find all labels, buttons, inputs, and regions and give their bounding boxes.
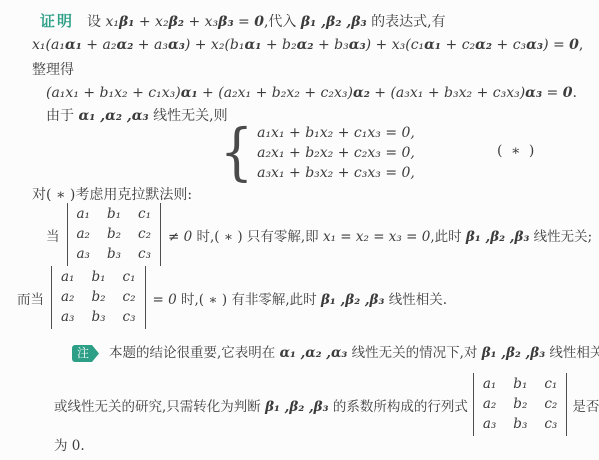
det-cell: a₃ (77, 246, 90, 263)
system-equation-2: a₂x₁ + b₂x₂ + c₂x₃ = 0, (257, 143, 415, 163)
proof-line-1-text: 设 x₁β₁ + x₂β₂ + x₃β₃ = 0,代入 β₁ ,β₂ ,β₃ 的… (87, 14, 446, 30)
det-cell: b₂ (91, 289, 105, 306)
det-cell: c₃ (138, 246, 151, 263)
determinant-2: a₁ b₁ c₁ a₂ b₂ c₂ a₃ b₃ c₃ (51, 266, 146, 329)
det-cell: b₃ (513, 416, 527, 433)
det-cell: c₁ (138, 206, 151, 223)
det-cell: c₃ (123, 309, 136, 326)
system-brace: { (220, 119, 253, 186)
det-cell: a₂ (77, 226, 90, 243)
case-nonzero-row: 当 a₁ b₁ c₁ a₂ b₂ c₂ a₃ b₃ c₃ ≠ 0 时,( ∗ )… (46, 203, 592, 266)
system-equation-3: a₃x₁ + b₃x₂ + c₃x₃ = 0, (257, 163, 415, 183)
note-badge: 注 (72, 345, 99, 362)
system-star-label: ( ∗ ) (497, 141, 536, 161)
case-zero-row: 而当 a₁ b₁ c₁ a₂ b₂ c₂ a₃ b₃ c₃ = 0 时,( ∗ … (17, 266, 447, 329)
det-cell: c₂ (138, 226, 151, 243)
case-nonzero-conclusion: ≠ 0 时,( ∗ ) 只有零解,即 x₁ = x₂ = x₃ = 0,此时 β… (168, 225, 592, 245)
det-cell: c₁ (123, 269, 136, 286)
note-line-2-post: 是否 (572, 395, 599, 415)
proof-line-1: 证明设 x₁β₁ + x₂β₂ + x₃β₃ = 0,代入 β₁ ,β₂ ,β₃… (40, 11, 446, 32)
det-cell: c₂ (123, 289, 136, 306)
det-cell: b₃ (107, 246, 121, 263)
det-cell: a₁ (483, 376, 496, 393)
case-nonzero-prefix: 当 (46, 225, 60, 245)
system-equations: a₁x₁ + b₁x₂ + c₁x₃ = 0, a₂x₁ + b₂x₂ + c₂… (257, 123, 415, 183)
proof-badge: 证明 (40, 12, 74, 30)
cramer-rule-line: 对( ∗ )考虑用克拉默法则: (32, 185, 192, 205)
proof-line-3: 整理得 (32, 60, 74, 80)
system-equation-1: a₁x₁ + b₁x₂ + c₁x₃ = 0, (257, 123, 415, 143)
note-line-1: 注本题的结论很重要,它表明在 α₁ ,α₂ ,α₃ 线性无关的情况下,对 β₁ … (72, 343, 599, 363)
det-cell: c₁ (544, 376, 557, 393)
note-line-2: 或线性无关的研究,只需转化为判断 β₁ ,β₂ ,β₃ 的系数所构成的行列式 a… (54, 373, 599, 436)
det-cell: b₂ (107, 226, 121, 243)
det-cell: b₂ (513, 396, 527, 413)
det-cell: a₁ (77, 206, 90, 223)
det-cell: a₃ (483, 416, 496, 433)
proof-line-5: 由于 α₁ ,α₂ ,α₃ 线性无关,则 (46, 106, 228, 126)
case-zero-prefix: 而当 (17, 288, 44, 308)
note-line-3: 为 0. (54, 436, 85, 456)
determinant-1: a₁ b₁ c₁ a₂ b₂ c₂ a₃ b₃ c₃ (67, 203, 162, 266)
det-cell: a₂ (61, 289, 74, 306)
det-cell: b₁ (107, 206, 121, 223)
note-line-1-text: 本题的结论很重要,它表明在 α₁ ,α₂ ,α₃ 线性无关的情况下,对 β₁ ,… (109, 345, 599, 361)
proof-line-2: x₁(a₁α₁ + a₂α₂ + a₃α₃) + x₂(b₁α₁ + b₂α₂ … (32, 35, 583, 55)
proof-line-4: (a₁x₁ + b₁x₂ + c₁x₃)α₁ + (a₂x₁ + b₂x₂ + … (46, 83, 577, 103)
equation-system: { a₁x₁ + b₁x₂ + c₁x₃ = 0, a₂x₁ + b₂x₂ + … (220, 123, 415, 183)
textbook-page: 证明设 x₁β₁ + x₂β₂ + x₃β₃ = 0,代入 β₁ ,β₂ ,β₃… (0, 0, 599, 460)
det-cell: b₁ (513, 376, 527, 393)
det-cell: c₃ (544, 416, 557, 433)
determinant-3: a₁ b₁ c₁ a₂ b₂ c₂ a₃ b₃ c₃ (473, 373, 568, 436)
note-line-2-pre: 或线性无关的研究,只需转化为判断 β₁ ,β₂ ,β₃ 的系数所构成的行列式 (54, 395, 468, 415)
det-cell: a₂ (483, 396, 496, 413)
case-zero-conclusion: = 0 时,( ∗ ) 有非零解,此时 β₁ ,β₂ ,β₃ 线性相关. (153, 288, 447, 308)
det-cell: b₁ (91, 269, 105, 286)
det-cell: a₁ (61, 269, 74, 286)
det-cell: a₃ (61, 309, 74, 326)
det-cell: b₃ (91, 309, 105, 326)
det-cell: c₂ (544, 396, 557, 413)
